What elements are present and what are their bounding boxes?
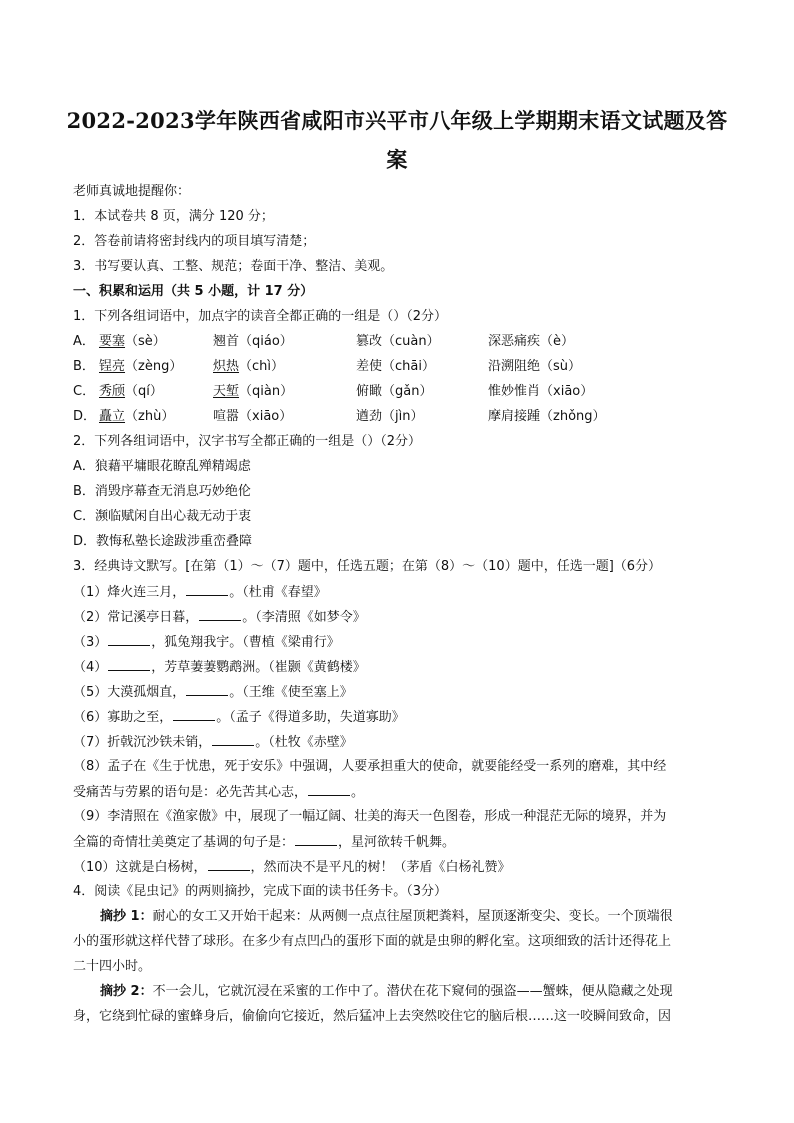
fill-blank <box>212 733 254 746</box>
text: 。（王维《使至塞上》 <box>229 685 353 700</box>
fill-blank <box>173 708 215 721</box>
excerpt-1-line2: 小的蛋形就这样代替了球形。在多少有点凹凸的蛋形下面的就是虫卵的孵化室。这项细致的… <box>73 933 671 951</box>
q3-item-6: （6）寡助之至，。（孟子《得道多助，失道寡助》 <box>73 708 405 727</box>
text: 。 <box>351 785 364 800</box>
text: 全篇的奇情壮美奠定了基调的句子是： <box>73 835 294 850</box>
word: 炽热 <box>213 359 239 374</box>
pinyin: （gǎn） <box>382 384 432 399</box>
text: 耐心的女工又开始干起来：从两侧一点点往屋顶耙粪料，屋顶逐渐变尖、变长。一个顶端很 <box>153 909 673 924</box>
text: 。（杜甫《春望》 <box>229 585 327 600</box>
word: 锃亮 <box>99 359 125 374</box>
q2-option-b: B．消毁序幕查无消息巧妙绝伦 <box>73 483 251 501</box>
q3-item-8-line2: 受痛苦与劳累的语句是：必先苦其心志，。 <box>73 783 364 802</box>
q3-item-10: （10）这就是白杨树，，然而决不是平凡的树！（茅盾《白杨礼赞》 <box>73 858 511 877</box>
q3-item-5: （5）大漠孤烟直，。（王维《使至塞上》 <box>73 683 353 702</box>
option-label: C． <box>73 383 95 401</box>
section-heading: 一、积累和运用（共 5 小题，计 17 分） <box>73 283 313 301</box>
q3-item-7: （7）折戟沉沙铁未销，。（杜牧《赤壁》 <box>73 733 353 752</box>
excerpt-label: 摘抄 2： <box>100 984 153 999</box>
pinyin: （sè） <box>125 334 166 349</box>
option-label: B． <box>73 358 95 376</box>
document-title-line2: 案 <box>0 144 794 174</box>
text: 。（杜牧《赤壁》 <box>255 735 353 750</box>
q3-item-9-line1: （9）李清照在《渔家傲》中，展现了一幅辽阔、壮美的海天一色图卷，形成一种混茫无际… <box>73 808 666 826</box>
notice-item-3: 3．书写要认真、工整、规范；卷面干净、整洁、美观。 <box>73 258 393 276</box>
text: （5）大漠孤烟直， <box>73 685 185 700</box>
fill-blank <box>108 658 150 671</box>
fill-blank <box>199 608 241 621</box>
text: （2）常记溪亭日暮， <box>73 610 198 625</box>
document-title-line1: 2022-2023学年陕西省咸阳市兴平市八年级上学期期末语文试题及答 <box>0 105 794 135</box>
exam-page: 2022-2023学年陕西省咸阳市兴平市八年级上学期期末语文试题及答 案 老师真… <box>0 0 794 1123</box>
text: ，然而决不是平凡的树！（茅盾《白杨礼赞》 <box>251 860 511 875</box>
word: 翘首 <box>213 334 239 349</box>
q3-item-4: （4），芳草萋萋鹦鹉洲。（崔颢《黄鹤楼》 <box>73 658 366 677</box>
pinyin: （jìn） <box>382 409 423 424</box>
notice-item-1: 1．本试卷共 8 页，满分 120 分； <box>73 208 274 226</box>
excerpt-2-line2: 身，它绕到忙碌的蜜蜂身后，偷偷向它接近，然后猛冲上去突然咬住它的脑后根……这一咬… <box>73 1008 671 1026</box>
q3-item-1: （1）烽火连三月，。（杜甫《春望》 <box>73 583 327 602</box>
q2-option-a: A．狼藉平墉眼花瞭乱殚精竭虑 <box>73 458 251 476</box>
excerpt-1-line1: 摘抄 1：耐心的女工又开始干起来：从两侧一点点往屋顶耙粪料，屋顶逐渐变尖、变长。… <box>100 908 673 926</box>
text: 。（孟子《得道多助，失道寡助》 <box>216 710 405 725</box>
fill-blank <box>186 683 228 696</box>
pinyin: （zhù） <box>125 409 174 424</box>
question-3-stem: 3．经典诗文默写。[在第（1）～（7）题中，任选五题；在第（8）～（10）题中，… <box>73 558 661 576</box>
excerpt-2-line1: 摘抄 2：不一会儿，它就沉浸在采蜜的工作中了。潜伏在花下窥伺的强盗——蟹蛛，便从… <box>100 983 673 1001</box>
q2-option-d: D．教悔私塾长途跋涉重峦叠障 <box>73 533 252 551</box>
text: （6）寡助之至， <box>73 710 172 725</box>
pinyin: （zhǒng） <box>540 409 606 424</box>
question-2-stem: 2．下列各组词语中，汉字书写全都正确的一组是（）（2分） <box>73 433 421 451</box>
question-1-stem: 1．下列各组词语中，加点字的读音全都正确的一组是（）（2分） <box>73 308 447 326</box>
word: 喧嚣 <box>213 409 239 424</box>
pinyin: （zèng） <box>125 359 182 374</box>
word: 深恶痛疾 <box>488 334 540 349</box>
word: 矗立 <box>99 409 125 424</box>
word: 篡改 <box>356 334 382 349</box>
pinyin: （xiāo） <box>540 384 593 399</box>
q3-item-9-line2: 全篇的奇情壮美奠定了基调的句子是：，星河欲转千帆舞。 <box>73 833 455 852</box>
q3-item-8-line1: （8）孟子在《生于忧患，死于安乐》中强调，人要承担重大的使命，就要能经受一系列的… <box>73 758 666 776</box>
text: （4） <box>73 660 107 675</box>
word: 惟妙惟肖 <box>488 384 540 399</box>
word: 俯瞰 <box>356 384 382 399</box>
pinyin: （chāi） <box>382 359 435 374</box>
text: （1）烽火连三月， <box>73 585 185 600</box>
word: 遒劲 <box>356 409 382 424</box>
notice-heading: 老师真诚地提醒你： <box>73 183 190 201</box>
word: 摩肩接踵 <box>488 409 540 424</box>
pinyin: （sù） <box>540 359 581 374</box>
q3-item-3: （3），狐兔翔我宇。（曹植《梁甫行》 <box>73 633 340 652</box>
text: ，芳草萋萋鹦鹉洲。（崔颢《黄鹤楼》 <box>151 660 366 675</box>
option-label: D． <box>73 408 96 426</box>
word: 天堑 <box>213 384 239 399</box>
pinyin: （è） <box>540 334 574 349</box>
notice-item-2: 2．答卷前请将密封线内的项目填写清楚； <box>73 233 315 251</box>
fill-blank <box>108 633 150 646</box>
option-label: A． <box>73 333 95 351</box>
word: 差使 <box>356 359 382 374</box>
q2-option-c: C．濒临赋闲自出心裁无动于衷 <box>73 508 251 526</box>
pinyin: （qí） <box>125 384 163 399</box>
text: ，星河欲转千帆舞。 <box>338 835 455 850</box>
fill-blank <box>208 858 250 871</box>
excerpt-1-line3: 二十四小时。 <box>73 958 151 976</box>
fill-blank <box>295 833 337 846</box>
q3-item-2: （2）常记溪亭日暮，。（李清照《如梦令》 <box>73 608 366 627</box>
pinyin: （xiāo） <box>239 409 292 424</box>
text: 不一会儿，它就沉浸在采蜜的工作中了。潜伏在花下窥伺的强盗——蟹蛛，便从隐藏之处现 <box>153 984 673 999</box>
fill-blank <box>308 783 350 796</box>
pinyin: （qiàn） <box>239 384 293 399</box>
word: 沿溯阻绝 <box>488 359 540 374</box>
question-4-stem: 4．阅读《昆虫记》的两则摘抄，完成下面的读书任务卡。（3分） <box>73 883 447 901</box>
text: ，狐兔翔我宇。（曹植《梁甫行》 <box>151 635 340 650</box>
text: （7）折戟沉沙铁未销， <box>73 735 211 750</box>
word: 要塞 <box>99 334 125 349</box>
excerpt-label: 摘抄 1： <box>100 909 153 924</box>
text: 。（李清照《如梦令》 <box>242 610 366 625</box>
word: 秀颀 <box>99 384 125 399</box>
text: （3） <box>73 635 107 650</box>
pinyin: （qiáo） <box>239 334 293 349</box>
fill-blank <box>186 583 228 596</box>
text: 受痛苦与劳累的语句是：必先苦其心志， <box>73 785 307 800</box>
text: （10）这就是白杨树， <box>73 860 207 875</box>
pinyin: （cuàn） <box>382 334 440 349</box>
pinyin: （chì） <box>239 359 284 374</box>
